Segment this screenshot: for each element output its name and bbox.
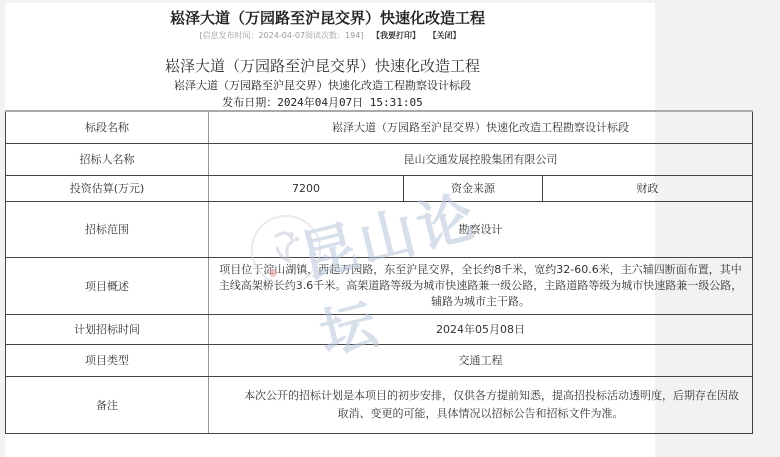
- row-label: 招标范围: [6, 201, 209, 257]
- row-value: 2024年05月08日: [209, 314, 753, 344]
- close-button[interactable]: 【关闭】: [429, 31, 461, 40]
- meta-bar: [信息发布时间：2024-04-07阅读次数：194] 【我要打印】 【关闭】: [0, 30, 660, 41]
- row-value: 勘察设计: [209, 201, 753, 257]
- table-row: 标段名称 崧泽大道（万园路至沪昆交界）快速化改造工程勘察设计标段: [6, 111, 753, 143]
- publish-info: [信息发布时间：2024-04-07阅读次数：194]: [199, 31, 363, 40]
- row-label: 项目类型: [6, 344, 209, 376]
- row-label: 备注: [6, 376, 209, 433]
- table-row: 招标人名称 昆山交通发展控股集团有限公司: [6, 143, 753, 175]
- row-label: 投资估算(万元): [6, 175, 209, 201]
- row-value: 崧泽大道（万园路至沪昆交界）快速化改造工程勘察设计标段: [209, 111, 753, 143]
- print-button[interactable]: 【我要打印】: [372, 31, 420, 40]
- table-row: 计划招标时间 2024年05月08日: [6, 314, 753, 344]
- table-row: 投资估算(万元) 7200 资金来源 财政: [6, 175, 753, 201]
- row-value: 昆山交通发展控股集团有限公司: [209, 143, 753, 175]
- row-value: 项目位于淀山湖镇，西起万园路，东至沪昆交界，全长约8千米，宽约32-60.6米，…: [209, 257, 753, 314]
- article-title: 崧泽大道（万园路至沪昆交界）快速化改造工程: [0, 55, 645, 76]
- table-row: 项目类型 交通工程: [6, 344, 753, 376]
- row-value: 交通工程: [209, 344, 753, 376]
- row-label: 招标人名称: [6, 143, 209, 175]
- row-label: 计划招标时间: [6, 314, 209, 344]
- row-label-2: 资金来源: [404, 175, 543, 201]
- row-label: 项目概述: [6, 257, 209, 314]
- row-label: 标段名称: [6, 111, 209, 143]
- article-subtitle: 崧泽大道（万园路至沪昆交界）快速化改造工程勘察设计标段: [0, 77, 645, 93]
- tender-info-table: 标段名称 崧泽大道（万园路至沪昆交界）快速化改造工程勘察设计标段 招标人名称 昆…: [5, 110, 753, 434]
- row-value: 本次公开的招标计划是本项目的初步安排，仅供各方提前知悉，提高招投标活动透明度，后…: [209, 376, 753, 433]
- row-value: 7200: [209, 175, 404, 201]
- page-title: 崧泽大道（万园路至沪昆交界）快速化改造工程: [0, 7, 655, 28]
- publish-date: 发布日期：2024年04月07日 15:31:05: [0, 94, 645, 110]
- row-value-2: 财政: [543, 175, 753, 201]
- table-row: 备注 本次公开的招标计划是本项目的初步安排，仅供各方提前知悉，提高招投标活动透明…: [6, 376, 753, 433]
- table-row: 招标范围 勘察设计: [6, 201, 753, 257]
- table-row: 项目概述 项目位于淀山湖镇，西起万园路，东至沪昆交界，全长约8千米，宽约32-6…: [6, 257, 753, 314]
